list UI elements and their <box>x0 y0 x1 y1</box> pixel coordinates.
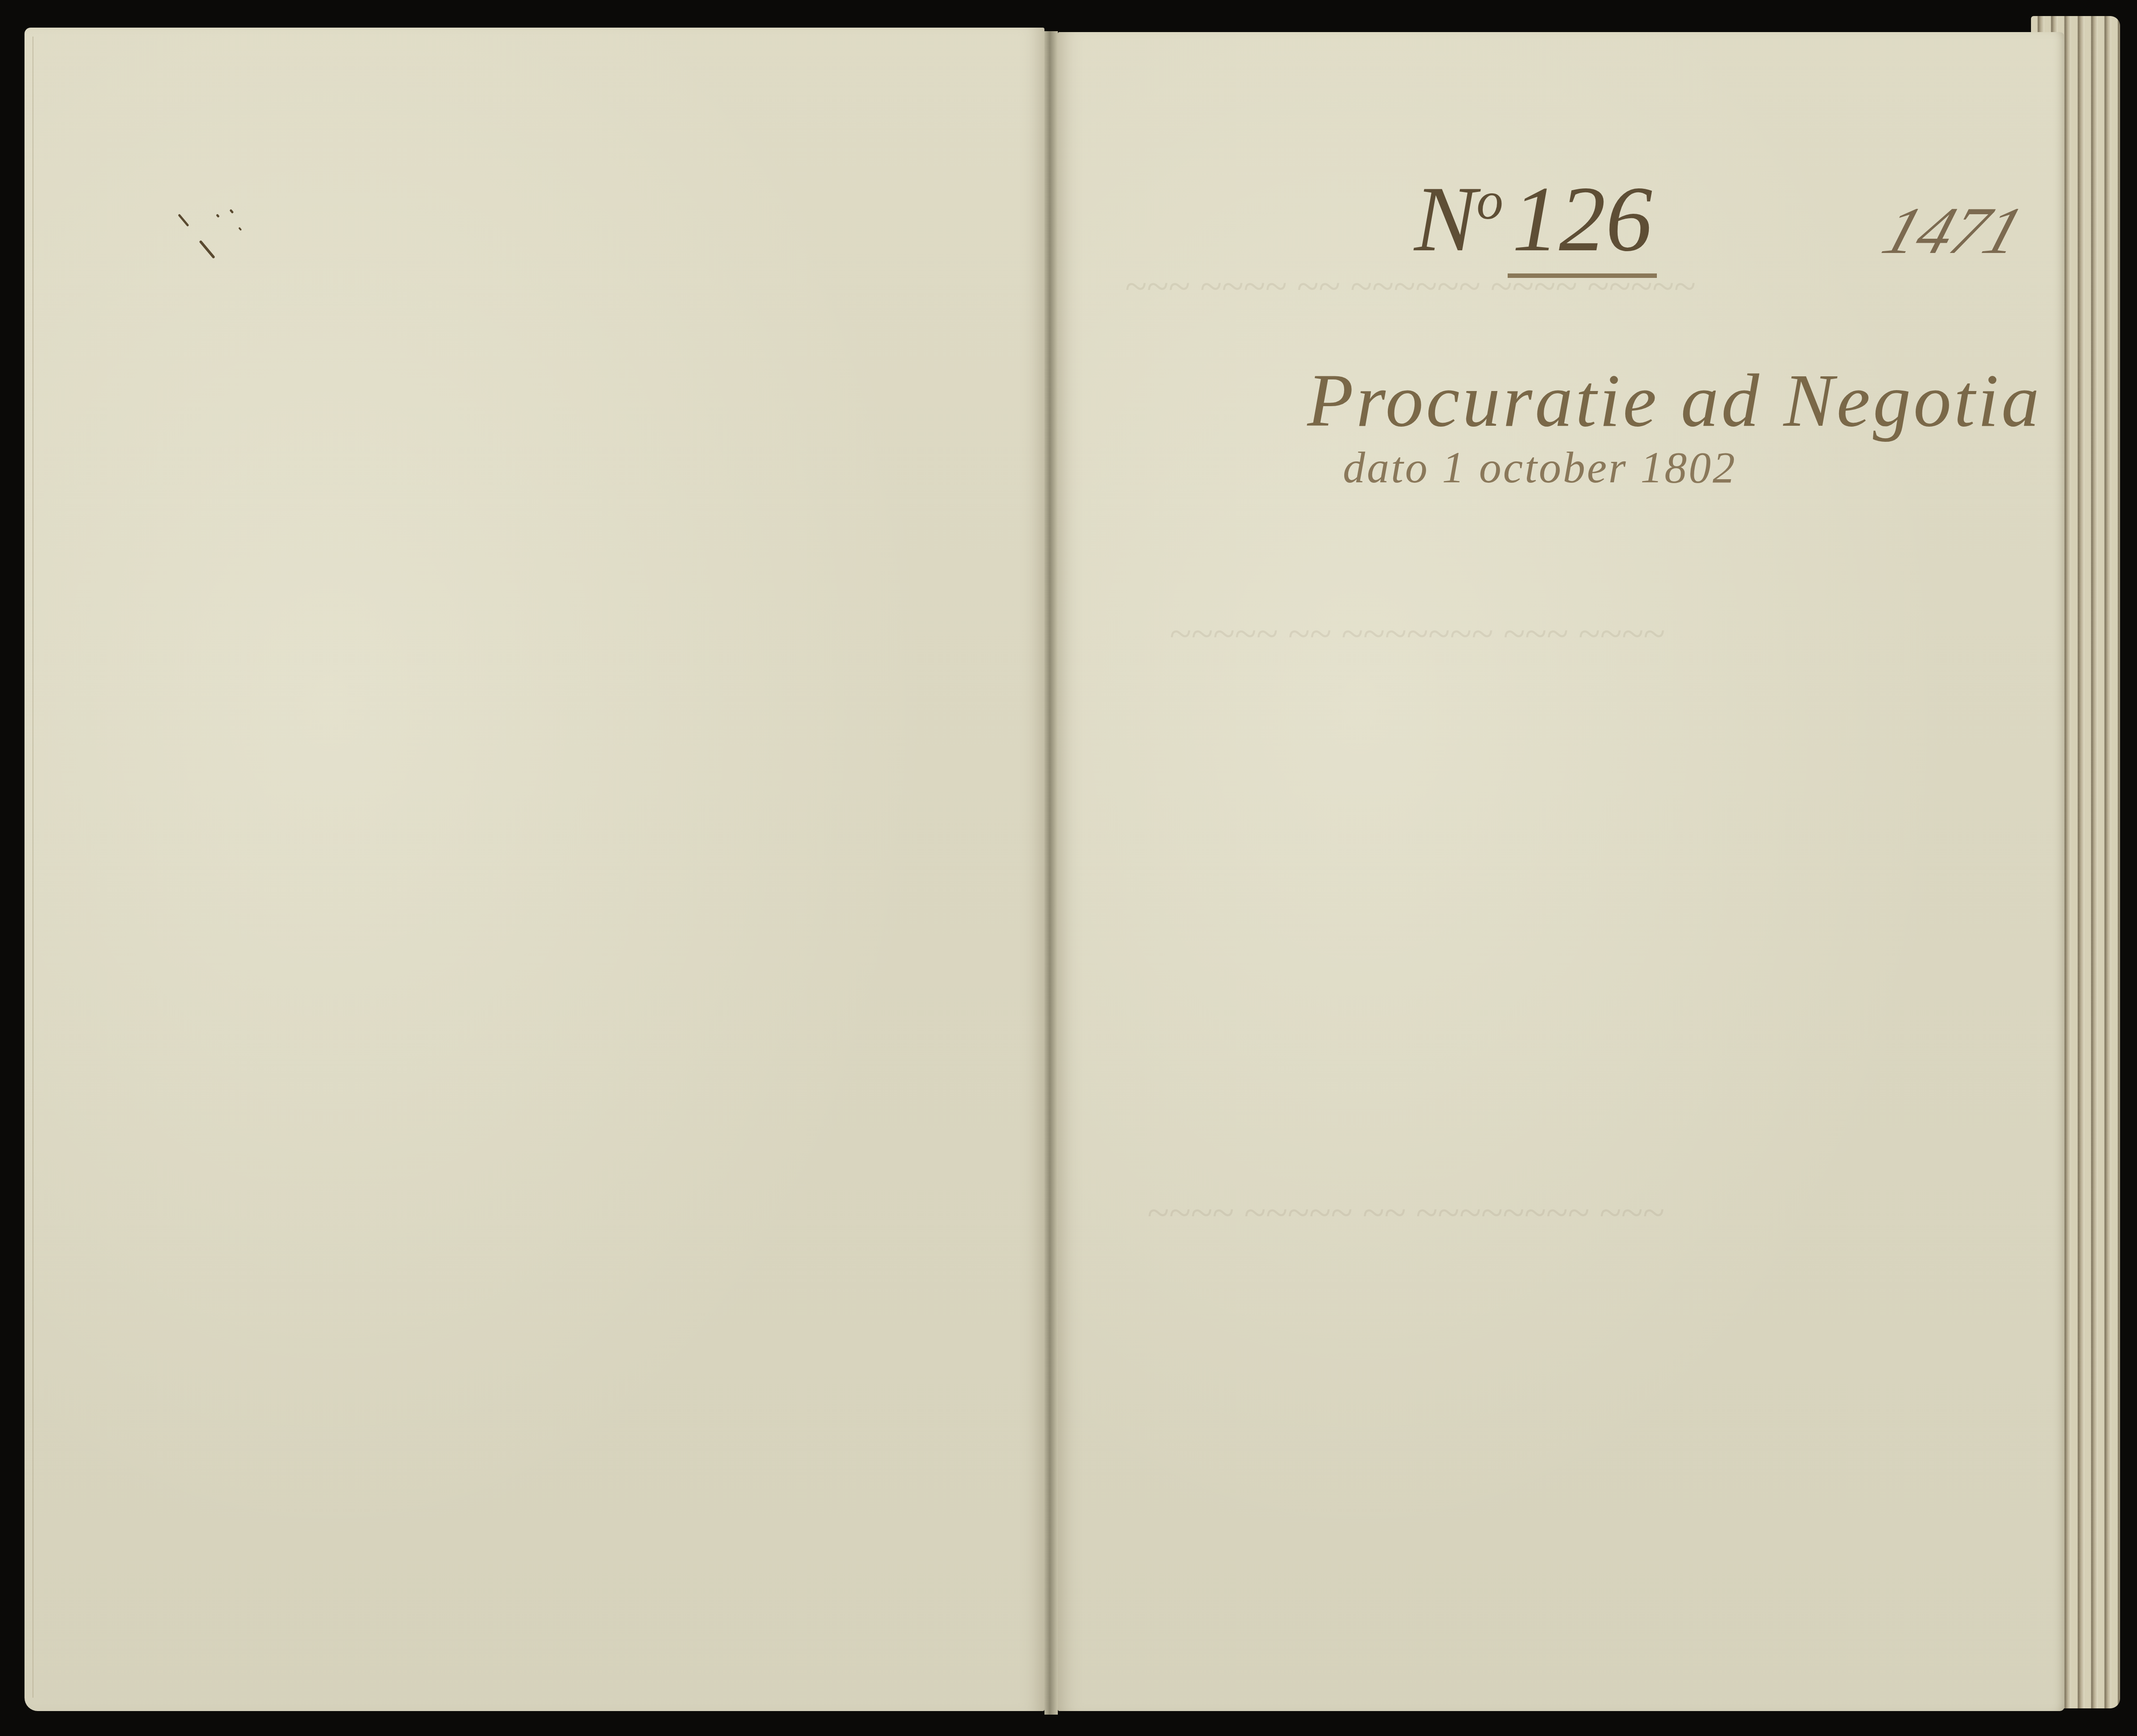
document-date: dato 1 october 1802 <box>1343 442 1737 493</box>
right-page: ~~~ ~~~~ ~~ ~~~~~~ ~~~~ ~~~~~ ~~~~~ ~~ ~… <box>1058 32 2064 1711</box>
bleed-through-text: ~~~~ ~~~~~ ~~ ~~~~~~~~ ~~~ <box>1147 1190 1664 1236</box>
folio-number: No126 <box>1414 166 1657 273</box>
folio-number-value: 126 <box>1508 167 1657 278</box>
document-title: Procuratie ad Negotia <box>1307 357 2042 444</box>
book-gutter <box>1044 31 1058 1715</box>
bleed-through-text: ~~~~~ ~~ ~~~~~~~ ~~~ ~~~~ <box>1169 611 1665 657</box>
folio-superscript: o <box>1476 171 1503 230</box>
folio-prefix: N <box>1414 167 1476 271</box>
ink-specks <box>171 206 243 273</box>
page-number-pencil: 1471 <box>1874 192 2032 269</box>
left-page <box>24 28 1044 1711</box>
